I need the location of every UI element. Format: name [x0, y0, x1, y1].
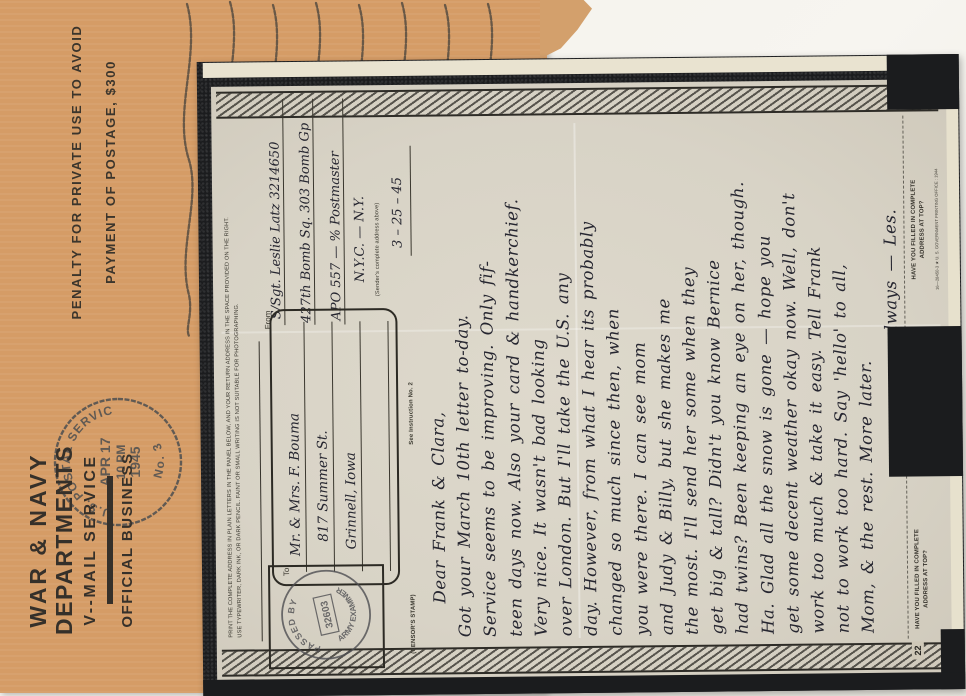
official-business-line: OFFICIAL BUSINESS [119, 388, 136, 692]
footer-question-left: HAVE YOU FILLED IN COMPLETE ADDRESS AT T… [913, 521, 931, 636]
photo-dark-margin [887, 54, 960, 110]
department-line-1: WAR & NAVY [25, 388, 51, 692]
postmark-number: No. 3 [149, 440, 167, 480]
address-line-2: 817 Summer St. [315, 430, 332, 541]
penalty-line-1: PENALTY FOR PRIVATE USE TO AVOID [60, 7, 94, 337]
form-print-number: 16—28450-3 ★ U. S. GOVERNMENT PRINTING O… [934, 163, 940, 295]
ruled-line [387, 321, 391, 571]
footer-question-line-2: ADDRESS AT TOP? [917, 136, 927, 323]
penalty-notice: PENALTY FOR PRIVATE USE TO AVOID PAYMENT… [60, 7, 130, 337]
svg-text:PASSED BY: PASSED BY [282, 593, 324, 660]
ruled-line [331, 322, 335, 572]
vmail-letter-photograph: PRINT THE COMPLETE ADDRESS IN PLAIN LETT… [197, 54, 966, 696]
sender-city-handwriting: N.Y.C. — N.Y. [352, 196, 368, 282]
date-handwriting: 3 – 25 – 45 [390, 177, 406, 248]
penalty-line-2: PAYMENT OF POSTAGE, $300 [94, 7, 128, 337]
footer-question-right: HAVE YOU FILLED IN COMPLETE ADDRESS AT T… [909, 136, 928, 323]
album-page-number: 22 [912, 641, 924, 659]
sender-apo-handwriting: APO 557 — % Postmaster [328, 151, 345, 320]
address-line-3: Grinnell, Iowa [343, 452, 360, 549]
svg-text:No. 3: No. 3 [149, 440, 167, 480]
war-navy-department-block: WAR & NAVY DEPARTMENTS V--MAIL SERVICE O… [25, 388, 151, 692]
divider-bar [107, 476, 113, 604]
censor-stamp-label: (CENSOR'S STAMP) [410, 594, 417, 654]
vmail-form: PRINT THE COMPLETE ADDRESS IN PLAIN LETT… [211, 79, 952, 682]
censor-stamp-box: PASSED BY ARMY EXAMINER 32603 [268, 564, 385, 669]
see-instruction-note: See Instruction No. 2 [408, 382, 415, 445]
form-instructions: PRINT THE COMPLETE ADDRESS IN PLAIN LETT… [222, 126, 244, 638]
censor-passed-by-text: PASSED BY [282, 593, 324, 660]
address-panel: To Mr. & Mrs. F. Bouma 817 Summer St. Gr… [269, 308, 400, 586]
letter-body: Dear Frank & Clara, Got your March 10th … [422, 111, 906, 638]
department-line-2: DEPARTMENTS [51, 388, 77, 692]
torn-envelope-corner [540, 0, 592, 62]
sender-unit-handwriting: 427th Bomb Sq. 303 Bomb Gp [297, 123, 314, 323]
ruled-line [410, 146, 412, 256]
address-line-1: Mr. & Mrs. F. Bouma [286, 413, 303, 556]
sender-caption: (Sender's complete address above) [374, 203, 381, 297]
sender-name-handwriting: S/Sgt. Leslie Latz 3214650 [268, 141, 285, 319]
vmail-service-line: V--MAIL SERVICE [82, 388, 100, 692]
header-rule [259, 341, 263, 641]
ruled-line [303, 322, 307, 572]
footer-question-line-2: ADDRESS AT TOP? [921, 521, 931, 636]
ruled-line [359, 321, 363, 571]
photo-dark-margin [888, 326, 964, 477]
